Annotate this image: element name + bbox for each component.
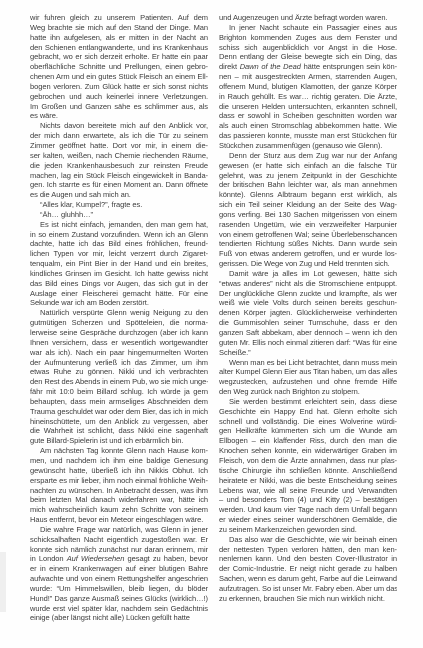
text-line: den Rest des Abends in einem Pub, wo sie… <box>30 377 208 387</box>
text-line: der Aufmunterung verließ ich das Zimmer,… <box>30 358 208 368</box>
text-line: Auslage einer Fleischerei gemacht hätte.… <box>30 289 208 299</box>
text-line: tenqualm, ein Pint Bier in der Hand und … <box>30 259 208 269</box>
document-page: wir fuhren gleich zu unserem Patienten. … <box>0 0 423 648</box>
text-line: tendierten Richtung süßes Nichts. Dann w… <box>219 239 397 249</box>
text-line: gute Billard-Spielerin ist und ich erbär… <box>30 436 208 446</box>
text-line: in Rauch gehüllt. Es war… richtig gerate… <box>219 92 397 102</box>
text-line: die Wahrheit ist schlicht, dass Nikki ei… <box>30 426 208 436</box>
text-line: der mich dann erwartete, als ich die Tür… <box>30 131 208 141</box>
text-line: schnell und vollständig. Die eines Wolve… <box>219 417 397 427</box>
text-line: als auch einen Stromschlag abbekommen ha… <box>219 121 397 131</box>
text-line: wurde: “Um Himmelswillen, bleib liegen, … <box>30 584 208 594</box>
text-line: Haus entfernt, bevor ein Meteor eingesch… <box>30 515 208 525</box>
text-line: war als ich). Nach ein paar hingemurmelt… <box>30 348 208 358</box>
text-line: wir fuhren gleich zu unserem Patienten. … <box>30 13 208 23</box>
text-line: sich ein Teil seiner Kleidung an der Sei… <box>219 200 397 210</box>
text-line: Die wahre Frage war natürlich, was Glenn… <box>30 525 208 535</box>
text-line: Das also war die Geschichte, wie wir bei… <box>219 535 397 545</box>
text-line: Denn entlang der Gleise bewegte sich ein… <box>219 52 397 62</box>
text-line: Damit wäre ja alles im Lot gewesen, hätt… <box>219 269 397 279</box>
text-line: es die Augen und sah mich an. <box>30 190 208 200</box>
text-line: “etwas anderes” nicht als die Stromschie… <box>219 279 397 289</box>
text-line: Hund!” Das ganze Ausmaß seines Glücks (w… <box>30 594 208 604</box>
text-line: Zimmer geöffnet hatte. Dort vor mir, in … <box>30 141 208 151</box>
text-line: behaupten, dass mein armseliges Abschnei… <box>30 397 208 407</box>
text-line: den Schienen entlangwanderte, und ins Kr… <box>30 43 208 53</box>
text-line: Nichts davon bereitete mich auf den Anbl… <box>30 121 208 131</box>
text-line: gebracht, wo er sich derzeit erholte. Er… <box>30 52 208 62</box>
text-line: gen. Ich starrte es für einen Moment an.… <box>30 180 208 190</box>
text-line: guten Mr. Ellis noch einmal zitieren dar… <box>219 338 397 348</box>
text-line: der britischen Bahn leichter war, als ma… <box>219 180 397 190</box>
text-line: könnte). Glenns Albtraum begann erst wir… <box>219 190 397 200</box>
paragraph: Wenn man es bei Licht betrachtet, dann m… <box>219 358 397 397</box>
text-line: Es ist nicht einfach, jemanden, den man … <box>30 220 208 230</box>
text-line: gons verfing. Bei 130 Sachen mitgerissen… <box>219 210 397 220</box>
paragraph: “Alles klar, Kumpel?”, fragte es. <box>30 200 208 210</box>
text-line: oberflächliche Schnitte und Prellungen, … <box>30 62 208 72</box>
paragraph: wir fuhren gleich zu unserem Patienten. … <box>30 13 208 121</box>
text-line: machen, lag ein Stück Fleisch eingewicke… <box>30 171 208 181</box>
text-line: chenen Arm und ein gutes Stück Fleisch a… <box>30 72 208 82</box>
paragraph: In jener Nacht schaute ein Passagier ein… <box>219 23 397 151</box>
paragraph: und Augenzeugen und Ärzte befragt worden… <box>219 13 397 23</box>
text-line: ganzen Saft abbekam, aber dennoch – wenn… <box>219 328 397 338</box>
text-line: gutmütigen Scherzen und Spötteleien, die… <box>30 318 208 328</box>
text-line: lerweise seine Gespräche durchzogen (abe… <box>30 328 208 338</box>
text-line: offenem Mund, blutigen Klamotten, der ga… <box>219 82 397 92</box>
text-line: fähr mit 10:0 beim Billard schlug. Ich w… <box>30 387 208 397</box>
text-line: Am nächsten Tag konnte Glenn nach Hause … <box>30 446 208 456</box>
text-line: konnte sich nämlich zunächst nur daran e… <box>30 545 208 555</box>
text-line: Brighton kommenden Zuges aus dem Fenster… <box>219 33 397 43</box>
text-line: es wäre. <box>30 111 208 121</box>
text-line: nenlernen kann. Und den besten Cover-Ill… <box>219 554 397 564</box>
text-line: aufzutragen. So ist unser Mr. Fabry eben… <box>219 584 397 594</box>
text-columns: wir fuhren gleich zu unserem Patienten. … <box>30 13 397 623</box>
paragraph: Die wahre Frage war natürlich, was Glenn… <box>30 525 208 623</box>
text-line: zu erkennen, brauchen Sie mich nun wirkl… <box>219 594 397 604</box>
text-line: den Weg zurück nach Brighton zu stolpern… <box>219 387 397 397</box>
text-line: hatte ihn aufgelesen, als er mitten in d… <box>30 33 208 43</box>
text-line: gewünscht hatte, überließ ich ihn Nikkis… <box>30 466 208 476</box>
text-line: in London Auf Wiedersehen gesagt zu habe… <box>30 554 208 564</box>
text-line: Scheiße.” <box>219 348 397 358</box>
paragraph: Das also war die Geschichte, wie wir bei… <box>219 535 397 604</box>
paragraph: Sie werden bestimmt erleichtert sein, da… <box>219 397 397 535</box>
text-line: – und besonders Tom (4) und Kitty (2) – … <box>219 495 397 505</box>
text-line: Im Großen und Ganzen sähe es schlimmer a… <box>30 102 208 112</box>
text-line: In jener Nacht schaute ein Passagier ein… <box>219 23 397 33</box>
text-line: wurde erst viel später klar, nachdem sei… <box>30 604 208 614</box>
text-line: Denn der Sturz aus dem Zug war nur der A… <box>219 151 397 161</box>
text-line: er wieder eines seiner wunderschönen Gem… <box>219 515 397 525</box>
text-column-right: und Augenzeugen und Ärzte befragt worden… <box>219 13 397 623</box>
text-line: ersparte es mir lieber, ihm noch einmal … <box>30 476 208 486</box>
text-line: Fuß von etwas anderem getroffen, und er … <box>219 249 397 259</box>
text-line: heiratete er Nikki, was die beste Entsch… <box>219 476 397 486</box>
text-line: aufwachte und von einem Rettungshelfer a… <box>30 574 208 584</box>
text-line: alter Kumpel Glenn Eier aus Titan haben,… <box>219 367 397 377</box>
text-line: Sie werden bestimmt erleichtert sein, da… <box>219 397 397 407</box>
text-line: nen – mit ausgestreckten Armen, starrend… <box>219 72 397 82</box>
text-line: mich wahrscheinlich kaum zehn Schritte v… <box>30 505 208 515</box>
text-line: tische Chirurgie ihn schließen könnte. A… <box>219 466 397 476</box>
text-line: Geschichte ein Happy End hat. Glenn erho… <box>219 407 397 417</box>
text-line: ser kalten, weißen, nach Chemie riechend… <box>30 151 208 161</box>
text-line: Sekunde war ich am Boden zerstört. <box>30 298 208 308</box>
paragraph: Damit wäre ja alles im Lot gewesen, hätt… <box>219 269 397 358</box>
text-line: men, und nachdem ich ihm eine baldige Ge… <box>30 456 208 466</box>
text-line: nachten zu wünschen. In Anbetracht desse… <box>30 486 208 496</box>
text-line: Lebens war, wie all seine Freunde und Ve… <box>219 486 397 496</box>
text-line: das Bild eines Dings vor Augen, das sich… <box>30 279 208 289</box>
text-column-left: wir fuhren gleich zu unserem Patienten. … <box>30 13 208 623</box>
text-line: gewesen (er hatte sich einfach an die fa… <box>219 161 397 171</box>
text-line: denen Körper jagten. Glücklicherweise ve… <box>219 308 397 318</box>
text-line: Fleisch, von dem die Ärzte annahmen, das… <box>219 456 397 466</box>
text-line: die jeden Krankenhausbesuch zur reinsten… <box>30 161 208 171</box>
text-line: Trauma geschuldet war oder dem Bier, das… <box>30 407 208 417</box>
text-line: Stückchen zusammenfügen (genauso wie Gle… <box>219 141 397 151</box>
text-line: bogen verloren. Zum Glück hatte er sich … <box>30 82 208 92</box>
text-line: kindliches Grinsen im Gesicht. Ich hatte… <box>30 269 208 279</box>
text-line: Wenn man es bei Licht betrachtet, dann m… <box>219 358 397 368</box>
text-line: von einem getroffenen Wal; seine Überleb… <box>219 230 397 240</box>
text-line: rasenden Ungetüm, wie ein verzweifelter … <box>219 220 397 230</box>
paragraph: Nichts davon bereitete mich auf den Anbl… <box>30 121 208 200</box>
paragraph: Es ist nicht einfach, jemanden, den man … <box>30 220 208 309</box>
text-line: dass er sowohl in Scheiben geschnitten w… <box>219 111 397 121</box>
text-line: die Gummisohlen seiner Turnschuhe, dass … <box>219 318 397 328</box>
page-edge-artifact <box>0 552 6 612</box>
text-line: Weg brachte sie mich auf den Stand der D… <box>30 23 208 33</box>
text-line: der nettesten Typen verloren hätten, den… <box>219 545 397 555</box>
text-line: schiss sich augenblicklich vor Angst in … <box>219 43 397 53</box>
text-line: wegzustecken, aufzustehen und ohne fremd… <box>219 377 397 387</box>
text-line: in so einem Zustand vorzufinden. Wenn ic… <box>30 230 208 240</box>
text-line: “Alles klar, Kumpel?”, fragte es. <box>30 200 208 210</box>
paragraph: “Äh… gluhhh…” <box>30 210 208 220</box>
text-line: und Augenzeugen und Ärzte befragt worden… <box>219 13 397 23</box>
text-line: gen Heilkräfte kümmerten sich um die Wun… <box>219 426 397 436</box>
paragraph: Am nächsten Tag konnte Glenn nach Hause … <box>30 446 208 525</box>
text-line: lichen Typen vor mir, leicht verzerrt du… <box>30 249 208 259</box>
text-line: weiß wie viele Volts durch seinen bereit… <box>219 298 397 308</box>
text-line: Der unglückliche Glenn zuckte und krampf… <box>219 289 397 299</box>
text-line: zu seinem Markenzeichen geworden sind. <box>219 525 397 535</box>
text-line: Natürlich verspürte Glenn wenig Neigung … <box>30 308 208 318</box>
text-line: gebrochen und auch keinerlei innere Verl… <box>30 92 208 102</box>
paragraph: Natürlich verspürte Glenn wenig Neigung … <box>30 308 208 446</box>
text-line: direkt Dawn of the Dead hätte entsprunge… <box>219 62 397 72</box>
text-line: einige (aber längst nicht alle) Lücken g… <box>30 613 208 623</box>
text-line: “Äh… gluhhh…” <box>30 210 208 220</box>
text-line: werden. Und kaum vier Tage nach dem Unfa… <box>219 505 397 515</box>
text-line: der Comic-Industrie. Er neigt nicht gera… <box>219 564 397 574</box>
text-line: das passieren konnte, musste man erst St… <box>219 131 397 141</box>
text-line: Ihnen versichern, dass er wesentlich wor… <box>30 338 208 348</box>
paragraph: Denn der Sturz aus dem Zug war nur der A… <box>219 151 397 269</box>
text-line: beim letzten Mal danach widerfahren war,… <box>30 495 208 505</box>
text-line: etwas Ruhe zu gönnen. Nikki und ich verb… <box>30 367 208 377</box>
text-line: gelehnt, was zu jenem Zeitpunkt in der G… <box>219 171 397 181</box>
text-line: dachte, hatte ich das Bild eines fröhlic… <box>30 239 208 249</box>
text-line: die unseren Helden untersuchten, erkannt… <box>219 102 397 112</box>
text-line: Ellbogen – ein klaffender Riss, durch de… <box>219 436 397 446</box>
text-line: er in einem Krankenwagen auf einer bluti… <box>30 564 208 574</box>
text-line: Sachen, wenn es darum geht, Farbe auf di… <box>219 574 397 584</box>
text-line: schicksalhaften Nacht eigentlich zugesto… <box>30 535 208 545</box>
text-line: hineinschüttete, um den Anblick zu verge… <box>30 417 208 427</box>
text-line: gerissen. Die Wege von Zug und Held tren… <box>219 259 397 269</box>
text-line: Knochen sehen konnte, ein widerwärtiger … <box>219 446 397 456</box>
